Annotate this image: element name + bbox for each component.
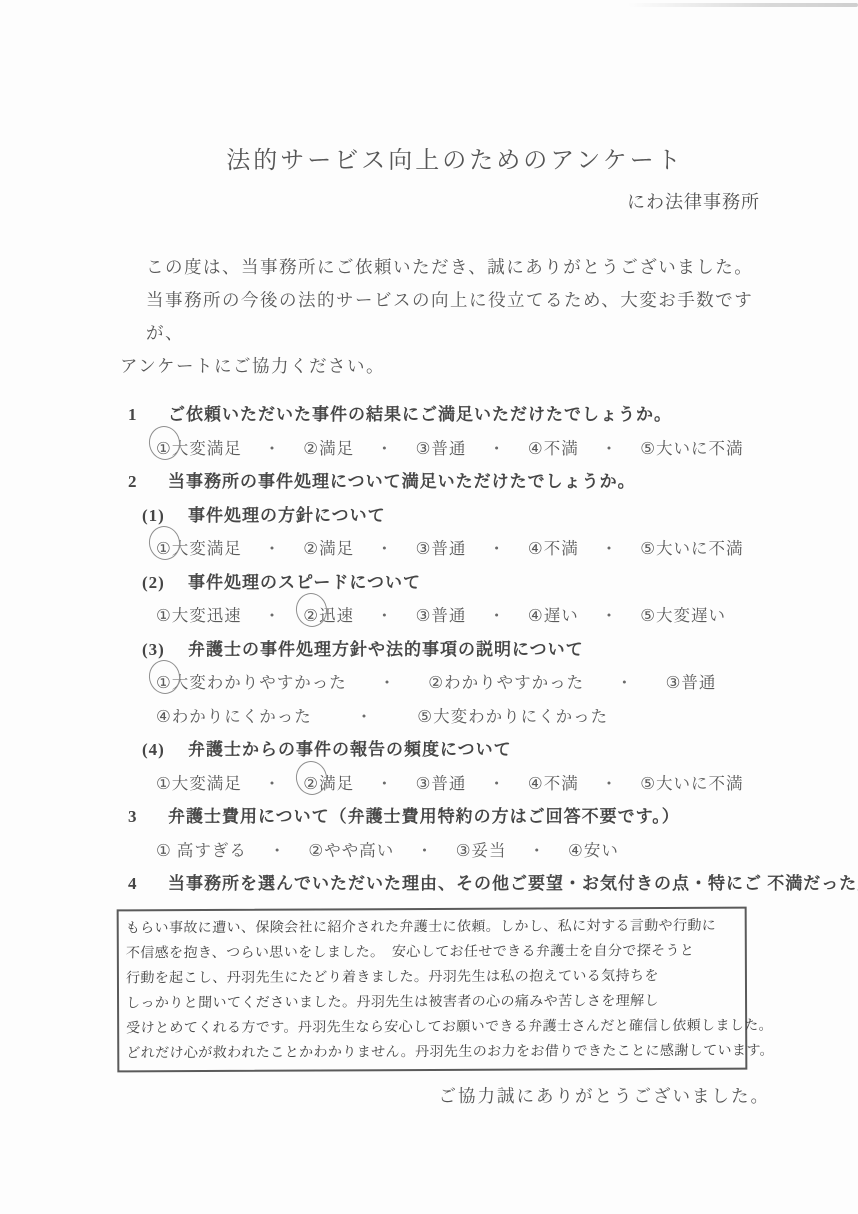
option: ②わかりやすかった	[428, 673, 584, 692]
option-separator: ・	[376, 532, 394, 566]
option-label: 不満	[544, 539, 579, 558]
option-separator: ・	[356, 700, 374, 734]
option-label: 大変遅い	[656, 606, 726, 625]
option-label: 満足	[319, 539, 354, 558]
option-number: ⑤	[640, 599, 656, 633]
option: ⑤大いに不満	[640, 774, 743, 793]
option-label: 大変満足	[172, 539, 242, 558]
option-separator: ・	[264, 599, 282, 633]
option: ②満足	[303, 439, 354, 458]
question-2-3-header: (3) 弁護士の事件処理方針や法的事項の説明について	[120, 633, 798, 667]
option-label: 不満	[544, 774, 579, 793]
option-number: ②	[303, 432, 319, 466]
question-3-header: 3 弁護士費用について（弁護士費用特約の方はご回答不要です。）	[120, 800, 798, 834]
question-number: 4	[120, 867, 168, 901]
option-separator: ・	[376, 767, 394, 801]
circled-option-number: ①	[156, 432, 172, 466]
option: ①大変わかりやすかった	[156, 673, 347, 692]
option: ③普通	[416, 439, 467, 458]
question-2-3-options-row-1: ①大変わかりやすかった・②わかりやすかった・③普通	[120, 666, 798, 700]
handwritten-line: 受けとめてくれる方です。丹羽先生なら安心してお願いできる弁護士さんだと確信し依頼…	[126, 1013, 739, 1041]
option-separator: ・	[488, 599, 506, 633]
option: ④不満	[528, 439, 579, 458]
scanned-survey-page: 法的サービス向上のためのアンケート にわ法律事務所 この度は、当事務所にご依頼い…	[0, 0, 858, 1214]
option-number: ④	[156, 700, 172, 734]
option-number: ③	[456, 834, 472, 868]
option-label: 大変わかりにくかった	[433, 707, 608, 726]
option-separator: ・	[601, 767, 619, 801]
option: ③普通	[416, 539, 467, 558]
option-label: 大変満足	[172, 774, 242, 793]
option: ②迅速	[303, 606, 354, 625]
option-number: ③	[416, 432, 432, 466]
intro-line: アンケートにご協力ください。	[120, 350, 778, 383]
question-1-options: ①大変満足・②満足・③普通・④不満・⑤大いに不満	[120, 432, 798, 466]
option-number: ③	[416, 767, 432, 801]
option-separator: ・	[488, 532, 506, 566]
handwritten-line: どれだけ心が救われたことかわかりません。丹羽先生のお力をお借りできたことに感謝し…	[126, 1038, 739, 1066]
sub-question-title: 事件処理のスピードについて	[188, 566, 421, 600]
option-label: 満足	[319, 774, 354, 793]
handwritten-line: もらい事故に遭い、保険会社に紹介された弁護士に依頼。しかし、私に対する言動や行動…	[125, 913, 738, 941]
option-separator: ・	[616, 666, 634, 700]
option-separator: ・	[601, 532, 619, 566]
question-1-header: 1 ご依頼いただいた事件の結果にご満足いただけたでしょうか。	[120, 398, 798, 432]
question-title: 当事務所の事件処理について満足いただけたでしょうか。	[168, 465, 798, 499]
option-number: ③	[416, 532, 432, 566]
intro-line: この度は、当事務所にご依頼いただき、誠にありがとうございました。	[120, 251, 778, 284]
option-separator: ・	[376, 599, 394, 633]
intro-line: 当事務所の今後の法的サービスの向上に役立てるため、大変お手数ですが、	[120, 284, 778, 350]
option: ⑤大いに不満	[640, 439, 743, 458]
option-label: 迅速	[319, 606, 354, 625]
option: ③普通	[416, 606, 467, 625]
option-number: ①	[156, 767, 172, 801]
question-number: 1	[120, 398, 168, 432]
option: ④安い	[568, 841, 619, 860]
option-number: ②	[428, 666, 444, 700]
option-label: 遅い	[544, 606, 579, 625]
option-separator: ・	[601, 432, 619, 466]
question-2-1-options: ①大変満足・②満足・③普通・④不満・⑤大いに不満	[120, 532, 798, 566]
option-separator: ・	[264, 532, 282, 566]
option-separator: ・	[376, 432, 394, 466]
option-number: ③	[416, 599, 432, 633]
question-2-2-options: ①大変迅速・②迅速・③普通・④遅い・⑤大変遅い	[120, 599, 798, 633]
option-label: 大変満足	[172, 439, 242, 458]
circled-option-number: ①	[156, 532, 172, 566]
option-label: 大いに不満	[656, 439, 744, 458]
option-label: 大いに不満	[656, 539, 744, 558]
question-2-3-options-row-2: ④わかりにくかった・⑤大変わかりにくかった	[120, 700, 798, 734]
option-number: ①	[156, 599, 172, 633]
sub-question-number: (4)	[142, 733, 188, 767]
page-title: 法的サービス向上のためのアンケート	[0, 140, 858, 175]
option: ②やや高い	[308, 841, 394, 860]
free-comment-box: もらい事故に遭い、保険会社に紹介された弁護士に依頼。しかし、私に対する言動や行動…	[117, 906, 748, 1072]
option-number: ⑤	[640, 767, 656, 801]
sub-question-title: 事件処理の方針について	[188, 499, 386, 533]
option-label: 普通	[431, 606, 466, 625]
option: ②満足	[303, 774, 354, 793]
option-number: ④	[528, 767, 544, 801]
circled-option-number: ①	[156, 666, 172, 700]
option-number: ②	[308, 834, 324, 868]
handwritten-line: 不信感を抱き、つらい思いをしました。 安心してお任せできる弁護士を自分で探そうと	[125, 938, 738, 966]
option-label: 満足	[319, 439, 354, 458]
option-separator: ・	[601, 599, 619, 633]
option-label: 普通	[681, 673, 716, 692]
option-label: 大変迅速	[172, 606, 242, 625]
option: ①大変迅速	[156, 606, 242, 625]
option: ① 高すぎる	[156, 841, 247, 860]
option-number: ④	[528, 432, 544, 466]
option: ③妥当	[456, 841, 507, 860]
option-number: ④	[528, 532, 544, 566]
option-separator: ・	[264, 432, 282, 466]
handwritten-line: 行動を起こし、丹羽先生にたどり着きました。丹羽先生は私の抱えている気持ちを	[126, 963, 739, 991]
question-title: 弁護士費用について（弁護士費用特約の方はご回答不要です。）	[168, 800, 798, 834]
option-label: 普通	[431, 439, 466, 458]
option-number: ⑤	[417, 700, 433, 734]
option: ⑤大いに不満	[640, 539, 743, 558]
option-separator: ・	[264, 767, 282, 801]
option-label: わかりにくかった	[172, 707, 312, 726]
question-2-header: 2 当事務所の事件処理について満足いただけたでしょうか。	[120, 465, 798, 499]
option-separator: ・	[529, 834, 547, 868]
option-label: 不満	[544, 439, 579, 458]
question-2-4-options: ①大変満足・②満足・③普通・④不満・⑤大いに不満	[120, 767, 798, 801]
option-separator: ・	[379, 666, 397, 700]
question-2-1-header: (1) 事件処理の方針について	[120, 499, 798, 533]
option: ④遅い	[528, 606, 579, 625]
option-number: ③	[666, 666, 682, 700]
option-label: 普通	[431, 539, 466, 558]
question-number: 3	[120, 800, 168, 834]
question-4-header: 4 当事務所を選んでいただいた理由、その他ご要望・お気付きの点・特にご 不満だっ…	[120, 867, 798, 901]
option-label: 高すぎる	[172, 841, 247, 860]
question-2-4-header: (4) 弁護士からの事件の報告の頻度について	[120, 733, 798, 767]
sub-question-number: (2)	[142, 566, 188, 600]
option: ⑤大変遅い	[640, 606, 726, 625]
sub-question-title: 弁護士からの事件の報告の頻度について	[188, 733, 512, 767]
question-2-2-header: (2) 事件処理のスピードについて	[120, 566, 798, 600]
question-title-line: 不満だった点・良かった点等がございましたら、些細なことでも結構ですの	[767, 874, 858, 893]
office-name: にわ法律事務所	[0, 188, 858, 214]
intro-paragraph: この度は、当事務所にご依頼いただき、誠にありがとうございました。 当事務所の今後…	[0, 251, 858, 383]
handwritten-line: しっかりと聞いてくださいました。丹羽先生は被害者の心の痛みや苦しさを理解し	[126, 988, 739, 1016]
option-separator: ・	[269, 834, 287, 868]
survey-body: 1 ご依頼いただいた事件の結果にご満足いただけたでしょうか。 ①大変満足・②満足…	[0, 398, 858, 1071]
question-number: 2	[120, 465, 168, 499]
option: ①大変満足	[156, 539, 242, 558]
circled-option-number: ②	[303, 767, 319, 801]
closing-note: ご協力誠にありがとうございました。	[0, 1083, 858, 1108]
scan-artifact	[628, 3, 858, 7]
sub-question-title: 弁護士の事件処理方針や法的事項の説明について	[188, 633, 584, 667]
option-label: 妥当	[472, 841, 507, 860]
option-number: ②	[303, 532, 319, 566]
option-number: ⑤	[640, 432, 656, 466]
circled-option-number: ②	[303, 599, 319, 633]
option-number: ④	[568, 834, 584, 868]
option-label: 大いに不満	[656, 774, 744, 793]
option: ①大変満足	[156, 774, 242, 793]
question-title: ご依頼いただいた事件の結果にご満足いただけたでしょうか。	[168, 398, 798, 432]
option-label: 安い	[584, 841, 619, 860]
option: ③普通	[416, 774, 467, 793]
sub-question-number: (1)	[142, 499, 188, 533]
option: ④わかりにくかった	[156, 707, 312, 726]
sub-question-number: (3)	[142, 633, 188, 667]
question-title-line: 当事務所を選んでいただいた理由、その他ご要望・お気付きの点・特にご	[168, 874, 762, 893]
option-separator: ・	[416, 834, 434, 868]
option-label: 普通	[431, 774, 466, 793]
question-3-options: ① 高すぎる・②やや高い・③妥当・④安い	[120, 834, 798, 868]
option-label: 大変わかりやすかった	[172, 673, 347, 692]
option: ①大変満足	[156, 439, 242, 458]
option-number: ⑤	[640, 532, 656, 566]
option-number: ④	[528, 599, 544, 633]
option: ④不満	[528, 774, 579, 793]
option-label: わかりやすかった	[444, 673, 584, 692]
question-title: 当事務所を選んでいただいた理由、その他ご要望・お気付きの点・特にご 不満だった点…	[168, 867, 858, 901]
option: ③普通	[666, 673, 717, 692]
option-number: ①	[156, 834, 172, 868]
option: ②満足	[303, 539, 354, 558]
option: ⑤大変わかりにくかった	[417, 707, 608, 726]
option-label: やや高い	[324, 841, 394, 860]
option: ④不満	[528, 539, 579, 558]
option-separator: ・	[488, 432, 506, 466]
option-separator: ・	[488, 767, 506, 801]
